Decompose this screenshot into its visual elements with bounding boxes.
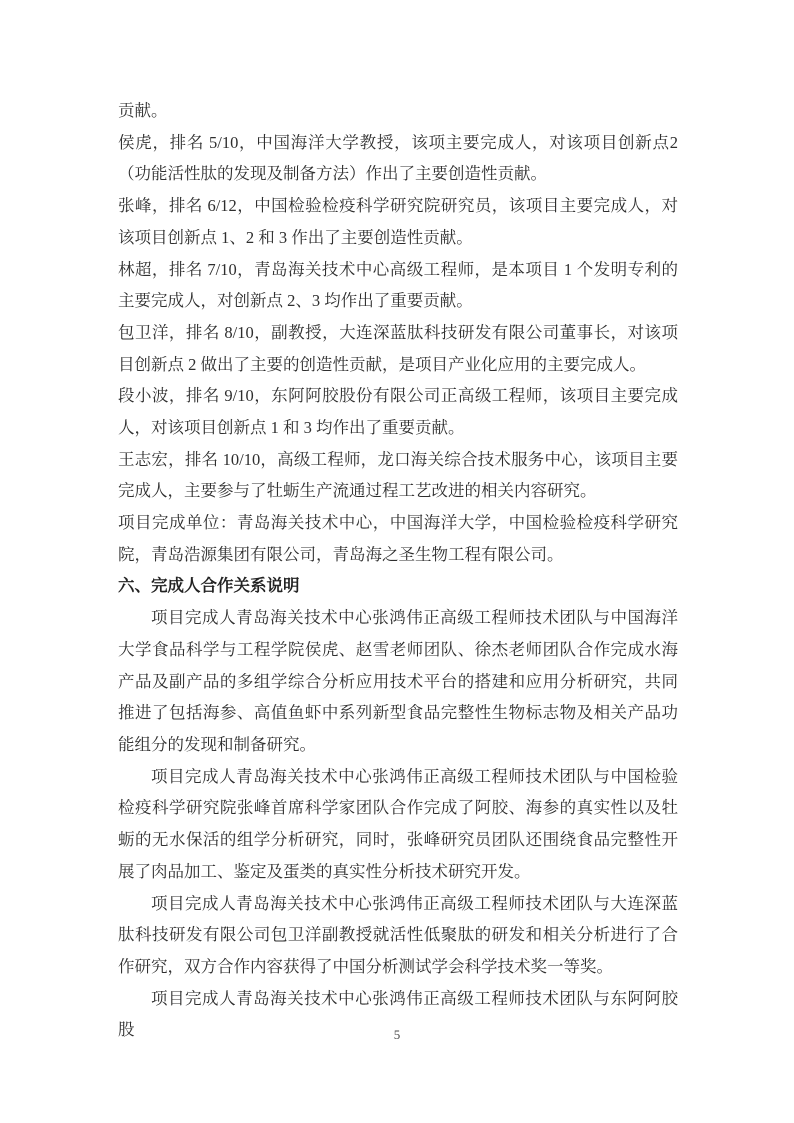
- cooperation-paragraph: 项目完成人青岛海关技术中心张鸿伟正高级工程师技术团队与中国海洋大学食品科学与工程…: [118, 602, 678, 761]
- cooperation-paragraph: 项目完成人青岛海关技术中心张鸿伟正高级工程师技术团队与中国检验检疫科学研究院张峰…: [118, 761, 678, 888]
- contributor-entry: 张峰，排名 6/12，中国检验检疫科学研究院研究员，该项目主要完成人，对该项目创…: [118, 190, 678, 253]
- contributor-entry: 包卫洋，排名 8/10，副教授，大连深蓝肽科技研发有限公司董事长，对该项目创新点…: [118, 317, 678, 380]
- page-content: 贡献。 侯虎，排名 5/10，中国海洋大学教授，该项主要完成人，对该项目创新点2…: [118, 95, 678, 1046]
- page-number: 5: [394, 1027, 401, 1042]
- contributor-entry: 王志宏，排名 10/10，高级工程师，龙口海关综合技术服务中心，该项目主要完成人…: [118, 444, 678, 507]
- completing-units-line: 项目完成单位：青岛海关技术中心，中国海洋大学，中国检验检疫科学研究院，青岛浩源集…: [118, 507, 678, 570]
- contributor-entry: 侯虎，排名 5/10，中国海洋大学教授，该项主要完成人，对该项目创新点2（功能活…: [118, 127, 678, 190]
- contributor-entry: 段小波，排名 9/10，东阿阿胶股份有限公司正高级工程师，该项目主要完成人，对该…: [118, 380, 678, 443]
- section-heading: 六、完成人合作关系说明: [118, 571, 678, 603]
- page-footer: 5: [0, 1026, 794, 1044]
- contributor-entry: 林超，排名 7/10，青岛海关技术中心高级工程师，是本项目 1 个发明专利的主要…: [118, 254, 678, 317]
- paragraph-continuation: 贡献。: [118, 95, 678, 127]
- document-page: 贡献。 侯虎，排名 5/10，中国海洋大学教授，该项主要完成人，对该项目创新点2…: [0, 0, 794, 1123]
- cooperation-paragraph: 项目完成人青岛海关技术中心张鸿伟正高级工程师技术团队与大连深蓝肽科技研发有限公司…: [118, 888, 678, 983]
